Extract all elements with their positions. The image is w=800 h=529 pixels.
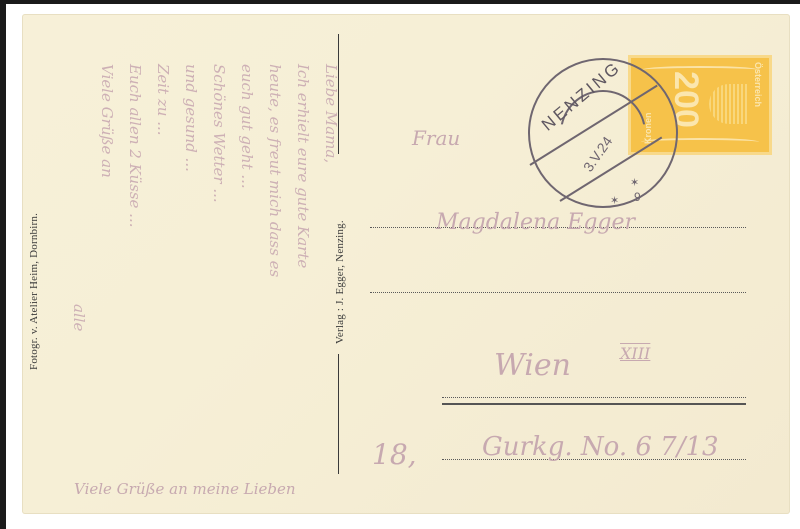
address-salutation: Frau [412, 126, 460, 150]
photographer-credit: Fotogr. v. Atelier Heim, Dornbirn. [28, 213, 40, 370]
city-underline [442, 403, 746, 405]
scan-background: Liebe Mama, Ich erhielt eure gute Karte … [0, 0, 800, 529]
message-line: und gesund ... [182, 64, 200, 172]
address-name: Magdalena Egger [436, 210, 635, 235]
divider-line [338, 354, 339, 474]
scanner-edge-left [0, 0, 6, 529]
star-icon: ✶ [630, 176, 639, 189]
message-line: heute, es freut mich dass es [266, 64, 284, 277]
address-city: Wien [494, 348, 571, 383]
postmark: NENZING 3.V.24 ✶ ✶ 9 [528, 58, 678, 208]
message-line: Schönes Wetter ... [210, 64, 228, 203]
address-line [370, 292, 746, 293]
publisher-credit: Verlag : J. Egger, Nenzing. [334, 220, 346, 344]
star-icon: ✶ [610, 194, 619, 207]
postcard: Liebe Mama, Ich erhielt eure gute Karte … [22, 14, 790, 514]
address-street: Gurkg. No. 6 7/13 [482, 432, 719, 462]
message-bottom-line: Viele Grüße an meine Lieben [74, 480, 296, 498]
stamp-country: Österreich [753, 62, 763, 107]
address-line [442, 397, 746, 398]
message-line: Euch allen 2 Küsse ... [126, 64, 144, 227]
address-district: XIII [620, 344, 650, 363]
scanner-edge-top [0, 0, 800, 4]
address-number-prefix: 18, [372, 438, 417, 471]
message-line: Ich erhielt eure gute Karte [294, 64, 312, 268]
postmark-code: 9 [634, 190, 641, 204]
divider-line [338, 34, 339, 154]
wheat-icon [709, 84, 749, 124]
message-line: euch gut geht ... [238, 64, 256, 189]
message-line: Viele Grüße an [98, 64, 116, 178]
message-line: Zeit zu ... [154, 64, 172, 136]
message-line: alle [70, 304, 88, 331]
